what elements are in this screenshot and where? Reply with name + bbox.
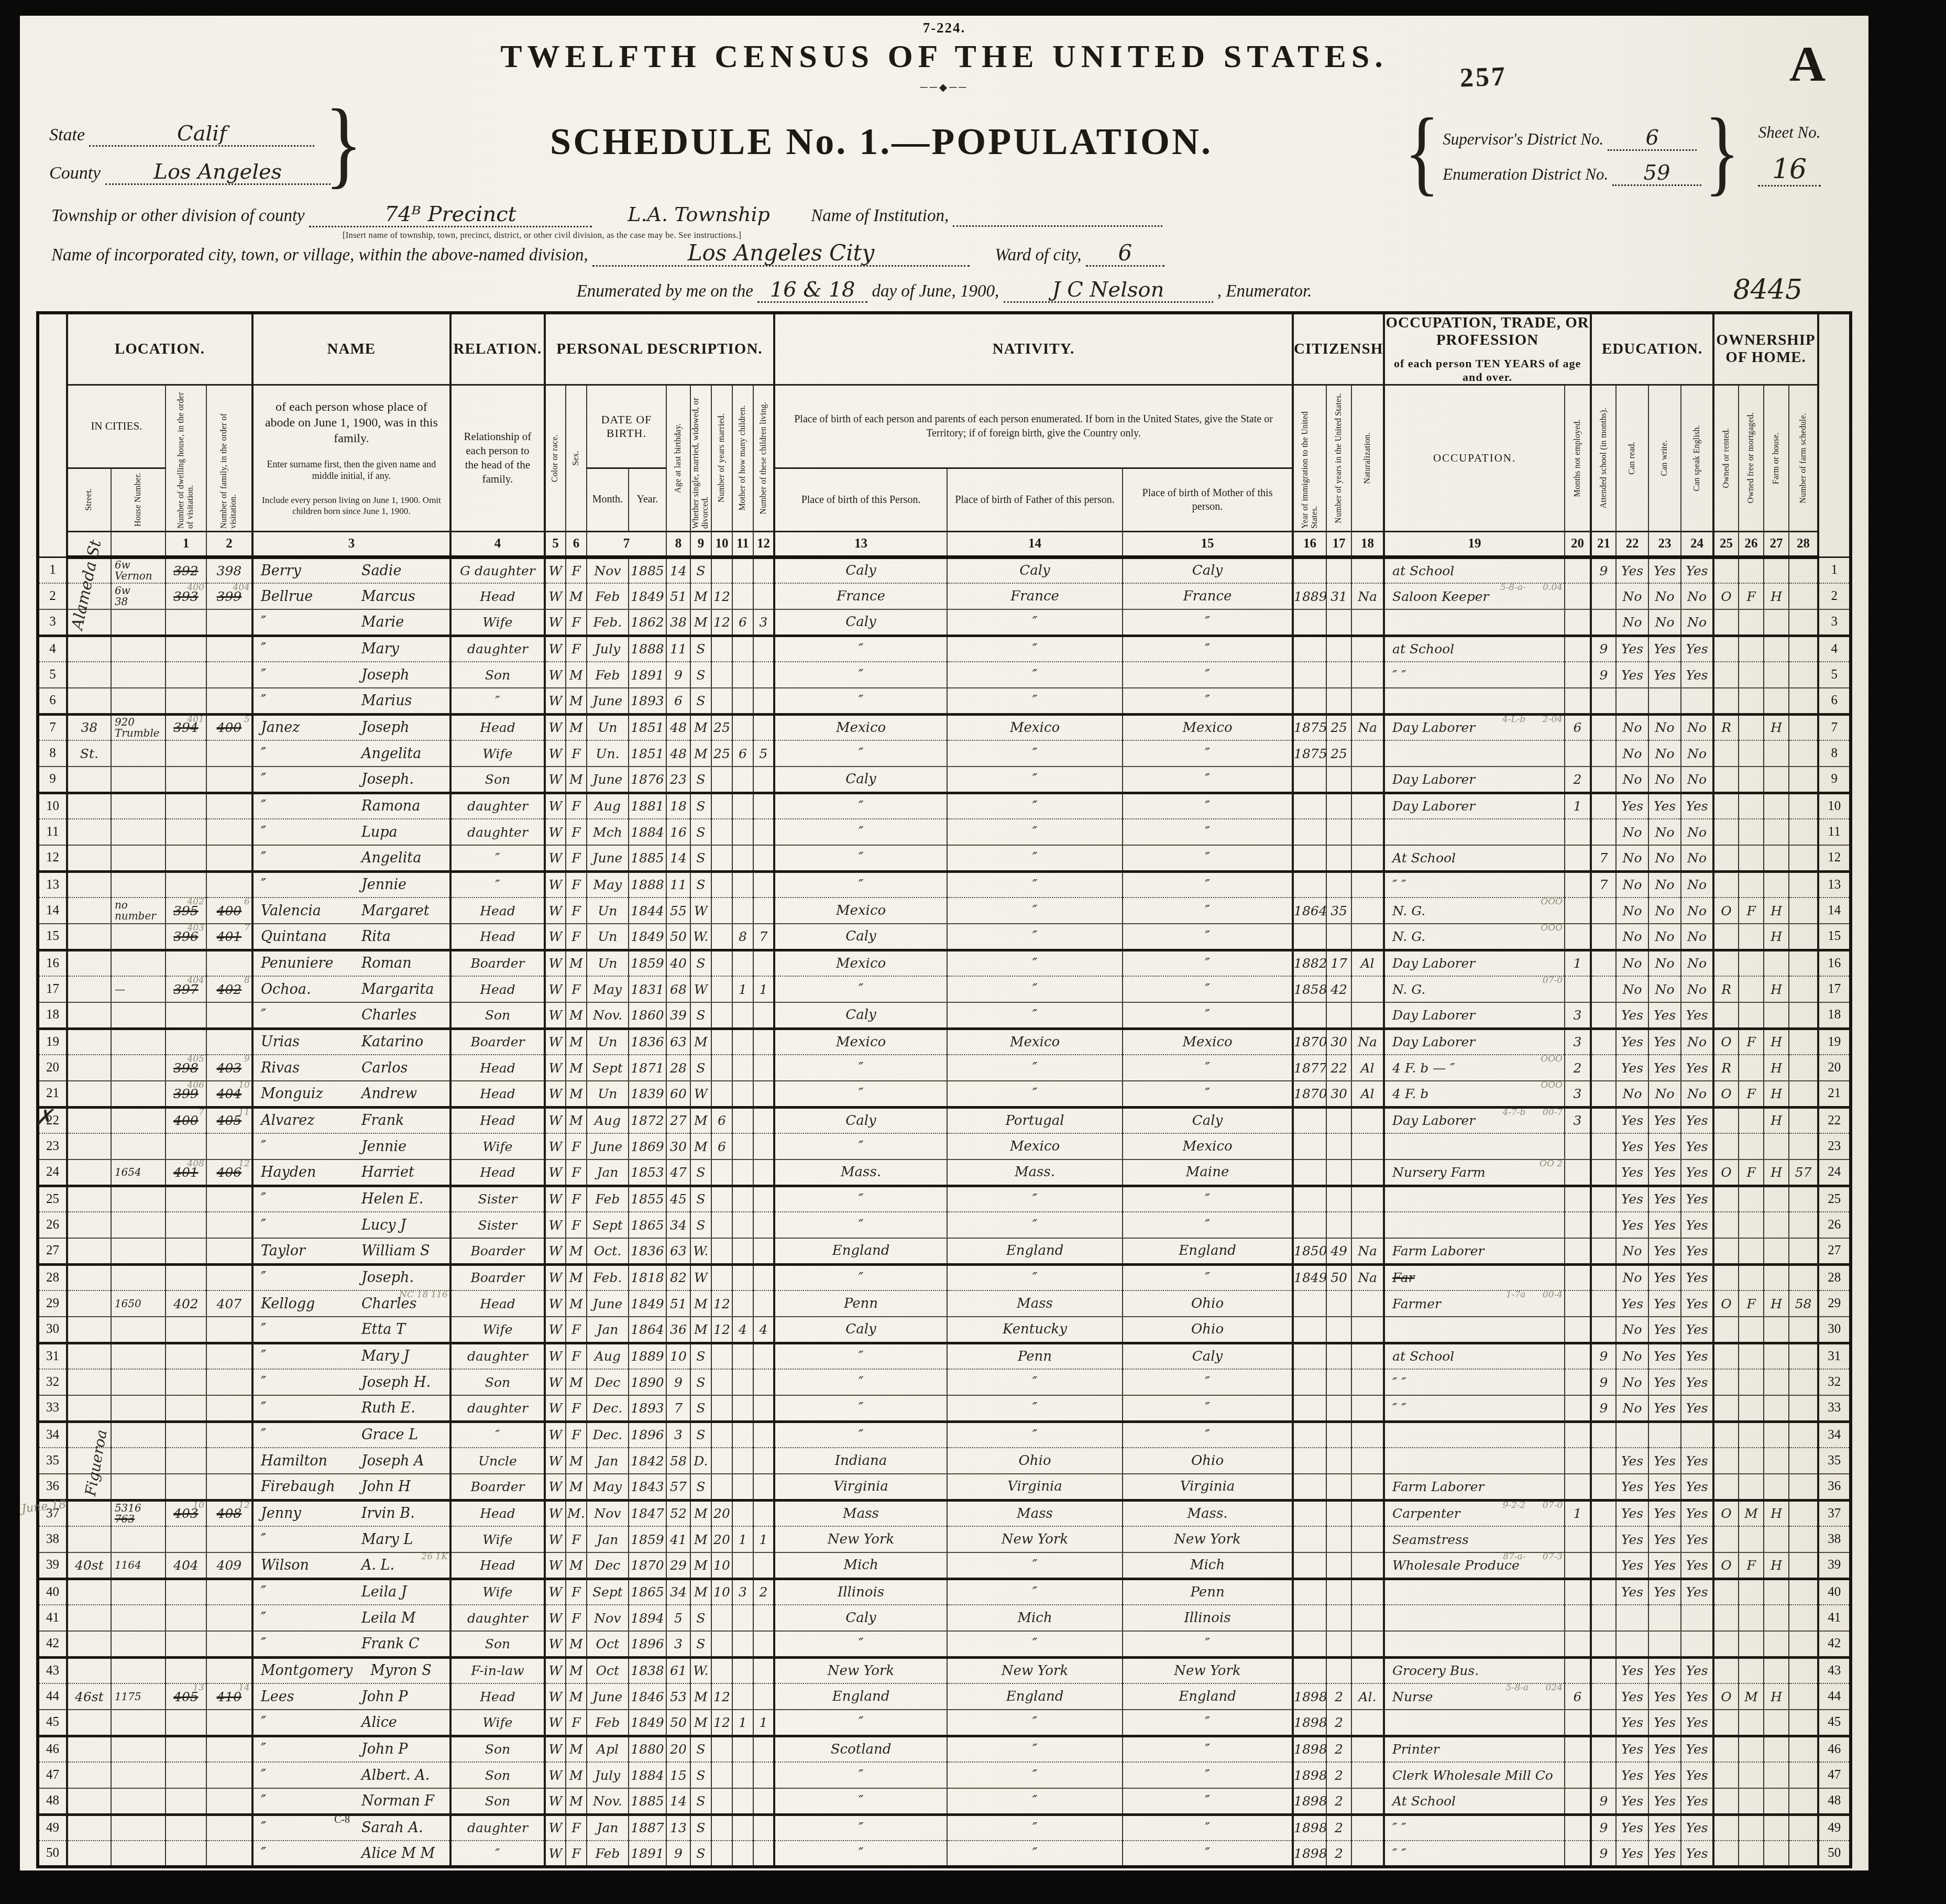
sex: M [566, 1002, 587, 1028]
years-in-us: 2 [1326, 1841, 1351, 1867]
years-in-us [1326, 1579, 1351, 1605]
years-married [711, 1159, 732, 1186]
color-or-race: W [545, 714, 566, 740]
age: 50 [666, 1710, 690, 1736]
name: LeesJohn P [252, 1683, 450, 1710]
relation: Head [450, 976, 545, 1002]
row-number: 24 [38, 1159, 67, 1186]
age: 18 [666, 793, 690, 819]
birth-month: May [587, 976, 629, 1002]
sex: M [566, 1264, 587, 1290]
table-row: 9″Joseph.SonWMJune187623SCaly″″Day Labor… [38, 767, 1851, 793]
months-not-employed: 3 [1565, 1002, 1591, 1028]
birth-year: 1838 [629, 1657, 666, 1683]
farm-or-house [1764, 1369, 1789, 1395]
age: 63 [666, 1028, 690, 1055]
can-read: No [1616, 871, 1648, 898]
age: 57 [666, 1474, 690, 1500]
children-living [753, 688, 774, 714]
attended-school [1591, 1762, 1616, 1788]
dwelling-number [166, 1212, 206, 1238]
birthplace-mother: ″ [1123, 1264, 1293, 1290]
naturalization [1351, 1526, 1384, 1552]
house-number [111, 845, 166, 871]
name: ″Leila M [252, 1605, 450, 1631]
years-in-us: 2 [1326, 1762, 1351, 1788]
marital-status: S [690, 1631, 711, 1657]
birthplace-person: ″ [774, 1421, 947, 1448]
color-or-race: W [545, 1500, 566, 1526]
children-living [753, 1133, 774, 1159]
house-number [111, 636, 166, 662]
birthplace-person: ″ [774, 871, 947, 898]
can-speak-english: No [1681, 714, 1713, 740]
relation: Wife [450, 1317, 545, 1343]
name: 26 1KWilsonA. L. [252, 1552, 450, 1579]
can-write: No [1648, 871, 1681, 898]
color-or-race: W [545, 1028, 566, 1055]
birth-month: Jan [587, 1159, 629, 1186]
mother-of-children [732, 767, 753, 793]
birth-month: Jan [587, 1317, 629, 1343]
owned-free-or-mortgaged [1739, 1579, 1764, 1605]
children-living [753, 1212, 774, 1238]
years-married [711, 1343, 732, 1369]
years-in-us [1326, 557, 1351, 583]
years-in-us: 30 [1326, 1028, 1351, 1055]
attended-school: 9 [1591, 1369, 1616, 1395]
birthplace-mother: Maine [1123, 1159, 1293, 1186]
months-not-employed [1565, 1343, 1591, 1369]
years-in-us [1326, 924, 1351, 950]
farm-or-house [1764, 1133, 1789, 1159]
months-not-employed [1565, 976, 1591, 1002]
brace: } [1705, 105, 1740, 200]
birth-year: 1849 [629, 583, 666, 609]
name: ″Lupa [252, 819, 450, 845]
birth-month: Nov [587, 557, 629, 583]
children-living [753, 1186, 774, 1212]
marital-status: S [690, 1055, 711, 1081]
age: 47 [666, 1159, 690, 1186]
sex: F [566, 1212, 587, 1238]
age: 51 [666, 583, 690, 609]
years-married [711, 636, 732, 662]
birth-month: June [587, 767, 629, 793]
attended-school [1591, 688, 1616, 714]
house-number: — [111, 976, 166, 1002]
naturalization: Na [1351, 1028, 1384, 1055]
naturalization [1351, 636, 1384, 662]
birth-year: 1885 [629, 1788, 666, 1814]
street [67, 950, 111, 976]
sheet-header: 7-224. TWELFTH CENSUS OF THE UNITED STAT… [20, 16, 1868, 311]
family-number: 4039 [206, 1055, 252, 1081]
naturalization [1351, 1369, 1384, 1395]
years-married [711, 1395, 732, 1421]
months-not-employed [1565, 924, 1591, 950]
children-living [753, 1290, 774, 1317]
family-number [206, 845, 252, 871]
dwelling-number: 399406 [166, 1081, 206, 1107]
relation: Son [450, 1762, 545, 1788]
occupation [1384, 1186, 1565, 1212]
birthplace-mother: Penn [1123, 1579, 1293, 1605]
birth-month: Feb. [587, 1264, 629, 1290]
table-row: 203984054039RivasCarlosHeadWMSept187128S… [38, 1055, 1851, 1081]
sex: F [566, 1159, 587, 1186]
row-number: 45 [1818, 1710, 1851, 1736]
relation: Son [450, 662, 545, 688]
row-number: 9 [1818, 767, 1851, 793]
can-speak-english: Yes [1681, 1395, 1713, 1421]
owned-free-or-mortgaged [1739, 636, 1764, 662]
months-not-employed: 1 [1565, 950, 1591, 976]
street [67, 1107, 111, 1133]
house-number [111, 1657, 166, 1683]
farm-or-house [1764, 1317, 1789, 1343]
dwelling-number [166, 1421, 206, 1448]
immigration-year: 1882 [1293, 950, 1326, 976]
marital-status: M [690, 1317, 711, 1343]
farm-or-house [1764, 819, 1789, 845]
mother-of-children [732, 871, 753, 898]
table-row: 5″JosephSonWMFeb18919S″″″″ ″9YesYesYes5 [38, 662, 1851, 688]
years-married [711, 1264, 732, 1290]
marital-status: S [690, 871, 711, 898]
sex: M [566, 1028, 587, 1055]
relation: Head [450, 714, 545, 740]
naturalization [1351, 1290, 1384, 1317]
owned-or-rented [1713, 1657, 1739, 1683]
can-write: Yes [1648, 1055, 1681, 1081]
marital-status: M [690, 583, 711, 609]
dwelling-number [166, 819, 206, 845]
owned-free-or-mortgaged: F [1739, 898, 1764, 924]
farm-or-house [1764, 1002, 1789, 1028]
dwelling-number: 4007 [166, 1107, 206, 1133]
naturalization [1351, 1710, 1384, 1736]
owned-free-or-mortgaged [1739, 662, 1764, 688]
supervisor-district-label: Supervisor's District No. [1443, 130, 1603, 148]
family-number [206, 1788, 252, 1814]
months-not-employed [1565, 1421, 1591, 1448]
occupation: at School [1384, 1343, 1565, 1369]
house-number: 6w38 [111, 583, 166, 609]
color-header: Color or race. [545, 385, 566, 531]
mother-of-children [732, 950, 753, 976]
birthplace-father: ″ [947, 1002, 1123, 1028]
table-row: 32″Joseph H.SonWMDec18909S″″″″ ″9NoYesYe… [38, 1369, 1851, 1395]
family-number [206, 1710, 252, 1736]
birthplace-father: ″ [947, 1841, 1123, 1867]
months-not-employed [1565, 1264, 1591, 1290]
marital-status: W [690, 1264, 711, 1290]
page-number-note: 8445 [1733, 274, 1802, 305]
row-number: 47 [38, 1762, 67, 1788]
age: 14 [666, 557, 690, 583]
months-not-employed: 2 [1565, 767, 1591, 793]
owned-or-rented [1713, 662, 1739, 688]
birthplace-mother: ″ [1123, 1395, 1293, 1421]
can-write: Yes [1648, 1788, 1681, 1814]
house-number [111, 688, 166, 714]
family-number [206, 1579, 252, 1605]
street [67, 871, 111, 898]
can-write: No [1648, 714, 1681, 740]
can-read: Yes [1616, 1526, 1648, 1552]
months-not-employed [1565, 609, 1591, 636]
farm-schedule-number [1789, 793, 1818, 819]
table-row: 4446st11754051341014LeesJohn PHeadWMJune… [38, 1683, 1851, 1710]
birth-year: 1836 [629, 1238, 666, 1264]
farm-schedule-number [1789, 1343, 1818, 1369]
farm-or-house [1764, 871, 1789, 898]
can-read: No [1616, 583, 1648, 609]
street [67, 1133, 111, 1159]
birthplace-mother: ″ [1123, 1002, 1293, 1028]
enumerator-signature: J C Nelson [1004, 278, 1213, 303]
occupation: ″ ″ [1384, 1369, 1565, 1395]
children-living [753, 1238, 774, 1264]
years-in-us [1326, 767, 1351, 793]
mother-of-children [732, 583, 753, 609]
immigration-year [1293, 1002, 1326, 1028]
relation: Head [450, 1290, 545, 1317]
row-number: 47 [1818, 1762, 1851, 1788]
owned-free-or-mortgaged [1739, 1238, 1764, 1264]
table-row: 41″Leila MdaughterWFNov18945SCalyMichIll… [38, 1605, 1851, 1631]
street [67, 1631, 111, 1657]
can-read: No [1616, 976, 1648, 1002]
dwelling-number [166, 1028, 206, 1055]
dwelling-number [166, 609, 206, 636]
sex: M [566, 1055, 587, 1081]
marital-status: W. [690, 1657, 711, 1683]
immigration-year: 1898 [1293, 1710, 1326, 1736]
table-row: 25″Helen E.SisterWFFeb185545S″″″YesYesYe… [38, 1186, 1851, 1212]
years-in-us: 25 [1326, 714, 1351, 740]
dwelling-number-header: Number of dwelling house, in the order o… [166, 385, 206, 531]
marital-status: S [690, 1343, 711, 1369]
relation: Boarder [450, 1264, 545, 1290]
can-write: Yes [1648, 1238, 1681, 1264]
table-row: 19UriasKatarinoBoarderWMUn183663MMexicoM… [38, 1028, 1851, 1055]
owned-or-rented [1713, 1186, 1739, 1212]
years-in-us [1326, 1605, 1351, 1631]
family-number: 41014 [206, 1683, 252, 1710]
naturalization [1351, 688, 1384, 714]
age: 82 [666, 1264, 690, 1290]
age: 51 [666, 1290, 690, 1317]
owned-free-or-mortgaged: F [1739, 1159, 1764, 1186]
naturalization [1351, 609, 1384, 636]
birthplace-mother: ″ [1123, 1369, 1293, 1395]
can-speak-english: No [1681, 845, 1713, 871]
birthplace-father: ″ [947, 819, 1123, 845]
sex: F [566, 740, 587, 767]
years-in-us [1326, 636, 1351, 662]
owned-free-or-mortgaged [1739, 793, 1764, 819]
table-row: 28″Joseph.BoarderWMFeb.181882W″″″184950N… [38, 1264, 1851, 1290]
birth-month: June [587, 1290, 629, 1317]
birth-month: Sept [587, 1579, 629, 1605]
color-or-race: W [545, 1526, 566, 1552]
years-married [711, 1814, 732, 1841]
can-write: No [1648, 898, 1681, 924]
birth-year: 1843 [629, 1474, 666, 1500]
age: 11 [666, 636, 690, 662]
can-write [1648, 1605, 1681, 1631]
can-speak-english: Yes [1681, 1212, 1713, 1238]
birth-year: 1876 [629, 767, 666, 793]
name: NC 18 116KelloggCharles [252, 1290, 450, 1317]
relation: Wife [450, 1579, 545, 1605]
marital-status: S [690, 1788, 711, 1814]
row-number: 48 [1818, 1788, 1851, 1814]
children-living [753, 871, 774, 898]
row-number: 17 [1818, 976, 1851, 1002]
occupation: Seamstress [1384, 1526, 1565, 1552]
months-not-employed [1565, 1631, 1591, 1657]
birthplace-father: Mexico [947, 1028, 1123, 1055]
house-number [111, 1343, 166, 1369]
sex: M [566, 688, 587, 714]
row-number: 34 [1818, 1421, 1851, 1448]
birthplace-mother: ″ [1123, 636, 1293, 662]
can-read: Yes [1616, 1500, 1648, 1526]
age: 34 [666, 1579, 690, 1605]
street [67, 636, 111, 662]
can-speak-english [1681, 1421, 1713, 1448]
row-number: 31 [38, 1343, 67, 1369]
owned-free-or-mortgaged [1739, 1657, 1764, 1683]
enumeration-district-label: Enumeration District No. [1443, 165, 1608, 183]
farm-or-house: H [1764, 1081, 1789, 1107]
row-number: 30 [38, 1317, 67, 1343]
years-married [711, 1081, 732, 1107]
attended-school: 7 [1591, 871, 1616, 898]
color-or-race: W [545, 662, 566, 688]
birthplace-person: France [774, 583, 947, 609]
children-living [753, 950, 774, 976]
name: JanezJoseph [252, 714, 450, 740]
can-speak-english: Yes [1681, 1369, 1713, 1395]
owned-or-rented [1713, 793, 1739, 819]
mother-of-children [732, 1474, 753, 1500]
marital-status: M [690, 1133, 711, 1159]
immigration-year [1293, 1579, 1326, 1605]
mother-of-children [732, 819, 753, 845]
family-number [206, 1264, 252, 1290]
birthplace-person: Indiana [774, 1448, 947, 1474]
birthplace-mother: England [1123, 1683, 1293, 1710]
dwelling-number [166, 1841, 206, 1867]
row-number: 2 [1818, 583, 1851, 609]
can-speak-english: Yes [1681, 1107, 1713, 1133]
age: 63 [666, 1238, 690, 1264]
mother-of-children [732, 1212, 753, 1238]
years-married [711, 871, 732, 898]
farm-schedule-number [1789, 1841, 1818, 1867]
house-number [111, 1762, 166, 1788]
can-speak-english: No [1681, 819, 1713, 845]
farm-schedule-number [1789, 1186, 1818, 1212]
mother-of-children [732, 1395, 753, 1421]
children-living [753, 1107, 774, 1133]
farm-schedule-number [1789, 924, 1818, 950]
occupation: ″ ″ [1384, 1841, 1565, 1867]
months-not-employed [1565, 1814, 1591, 1841]
months-not-employed [1565, 1605, 1591, 1631]
can-read [1616, 1631, 1648, 1657]
birth-month: Apl [587, 1736, 629, 1762]
owned-or-rented: R [1713, 714, 1739, 740]
relation: Boarder [450, 1474, 545, 1500]
owned-free-or-mortgaged [1739, 1605, 1764, 1631]
age: 23 [666, 767, 690, 793]
months-not-employed: 1 [1565, 793, 1591, 819]
owned-free-or-mortgaged [1739, 714, 1764, 740]
years-married: 6 [711, 1107, 732, 1133]
street [67, 688, 111, 714]
occupation [1384, 688, 1565, 714]
row-number: 34 [38, 1421, 67, 1448]
farm-or-house [1764, 1710, 1789, 1736]
relation: Head [450, 1107, 545, 1133]
months-not-employed [1565, 740, 1591, 767]
can-read: Yes [1616, 1028, 1648, 1055]
farm-schedule-number: 57 [1789, 1159, 1818, 1186]
birthplace-mother: ″ [1123, 924, 1293, 950]
marital-status: W. [690, 1238, 711, 1264]
years-married: 10 [711, 1579, 732, 1605]
mother-of-children [732, 1028, 753, 1055]
can-write: Yes [1648, 793, 1681, 819]
years-married: 12 [711, 583, 732, 609]
months-not-employed: 3 [1565, 1081, 1591, 1107]
age: 9 [666, 1369, 690, 1395]
owned-free-or-mortgaged [1739, 1055, 1764, 1081]
marital-status: M [690, 1579, 711, 1605]
sheet-letter: A [1789, 35, 1826, 93]
row-number: 36 [38, 1474, 67, 1500]
birthplace-person: ″ [774, 1055, 947, 1081]
farm-or-house: H [1764, 1683, 1789, 1710]
immigration-year [1293, 1605, 1326, 1631]
naturalization [1351, 1448, 1384, 1474]
months-not-employed [1565, 898, 1591, 924]
birth-year: 1890 [629, 1369, 666, 1395]
family-number [206, 1448, 252, 1474]
color-or-race: W [545, 1107, 566, 1133]
immigration-year: 1877 [1293, 1055, 1326, 1081]
age: 28 [666, 1055, 690, 1081]
name: ″Lucy J [252, 1212, 450, 1238]
months-not-employed [1565, 1710, 1591, 1736]
birthplace-person: ″ [774, 1631, 947, 1657]
row-number: 22 [1818, 1107, 1851, 1133]
occupation: OOON. G. [1384, 898, 1565, 924]
birth-year: 1871 [629, 1055, 666, 1081]
table-row: 2139940640410MonguizAndrewHeadWMUn183960… [38, 1081, 1851, 1107]
owned-free-or-mortgaged-header: Owned free or mortgaged. [1739, 385, 1764, 531]
years-married [711, 557, 732, 583]
birthplace-father: Mass [947, 1290, 1123, 1317]
dwelling-number [166, 793, 206, 819]
naturalization: Al [1351, 950, 1384, 976]
birthplace-mother: Ohio [1123, 1448, 1293, 1474]
